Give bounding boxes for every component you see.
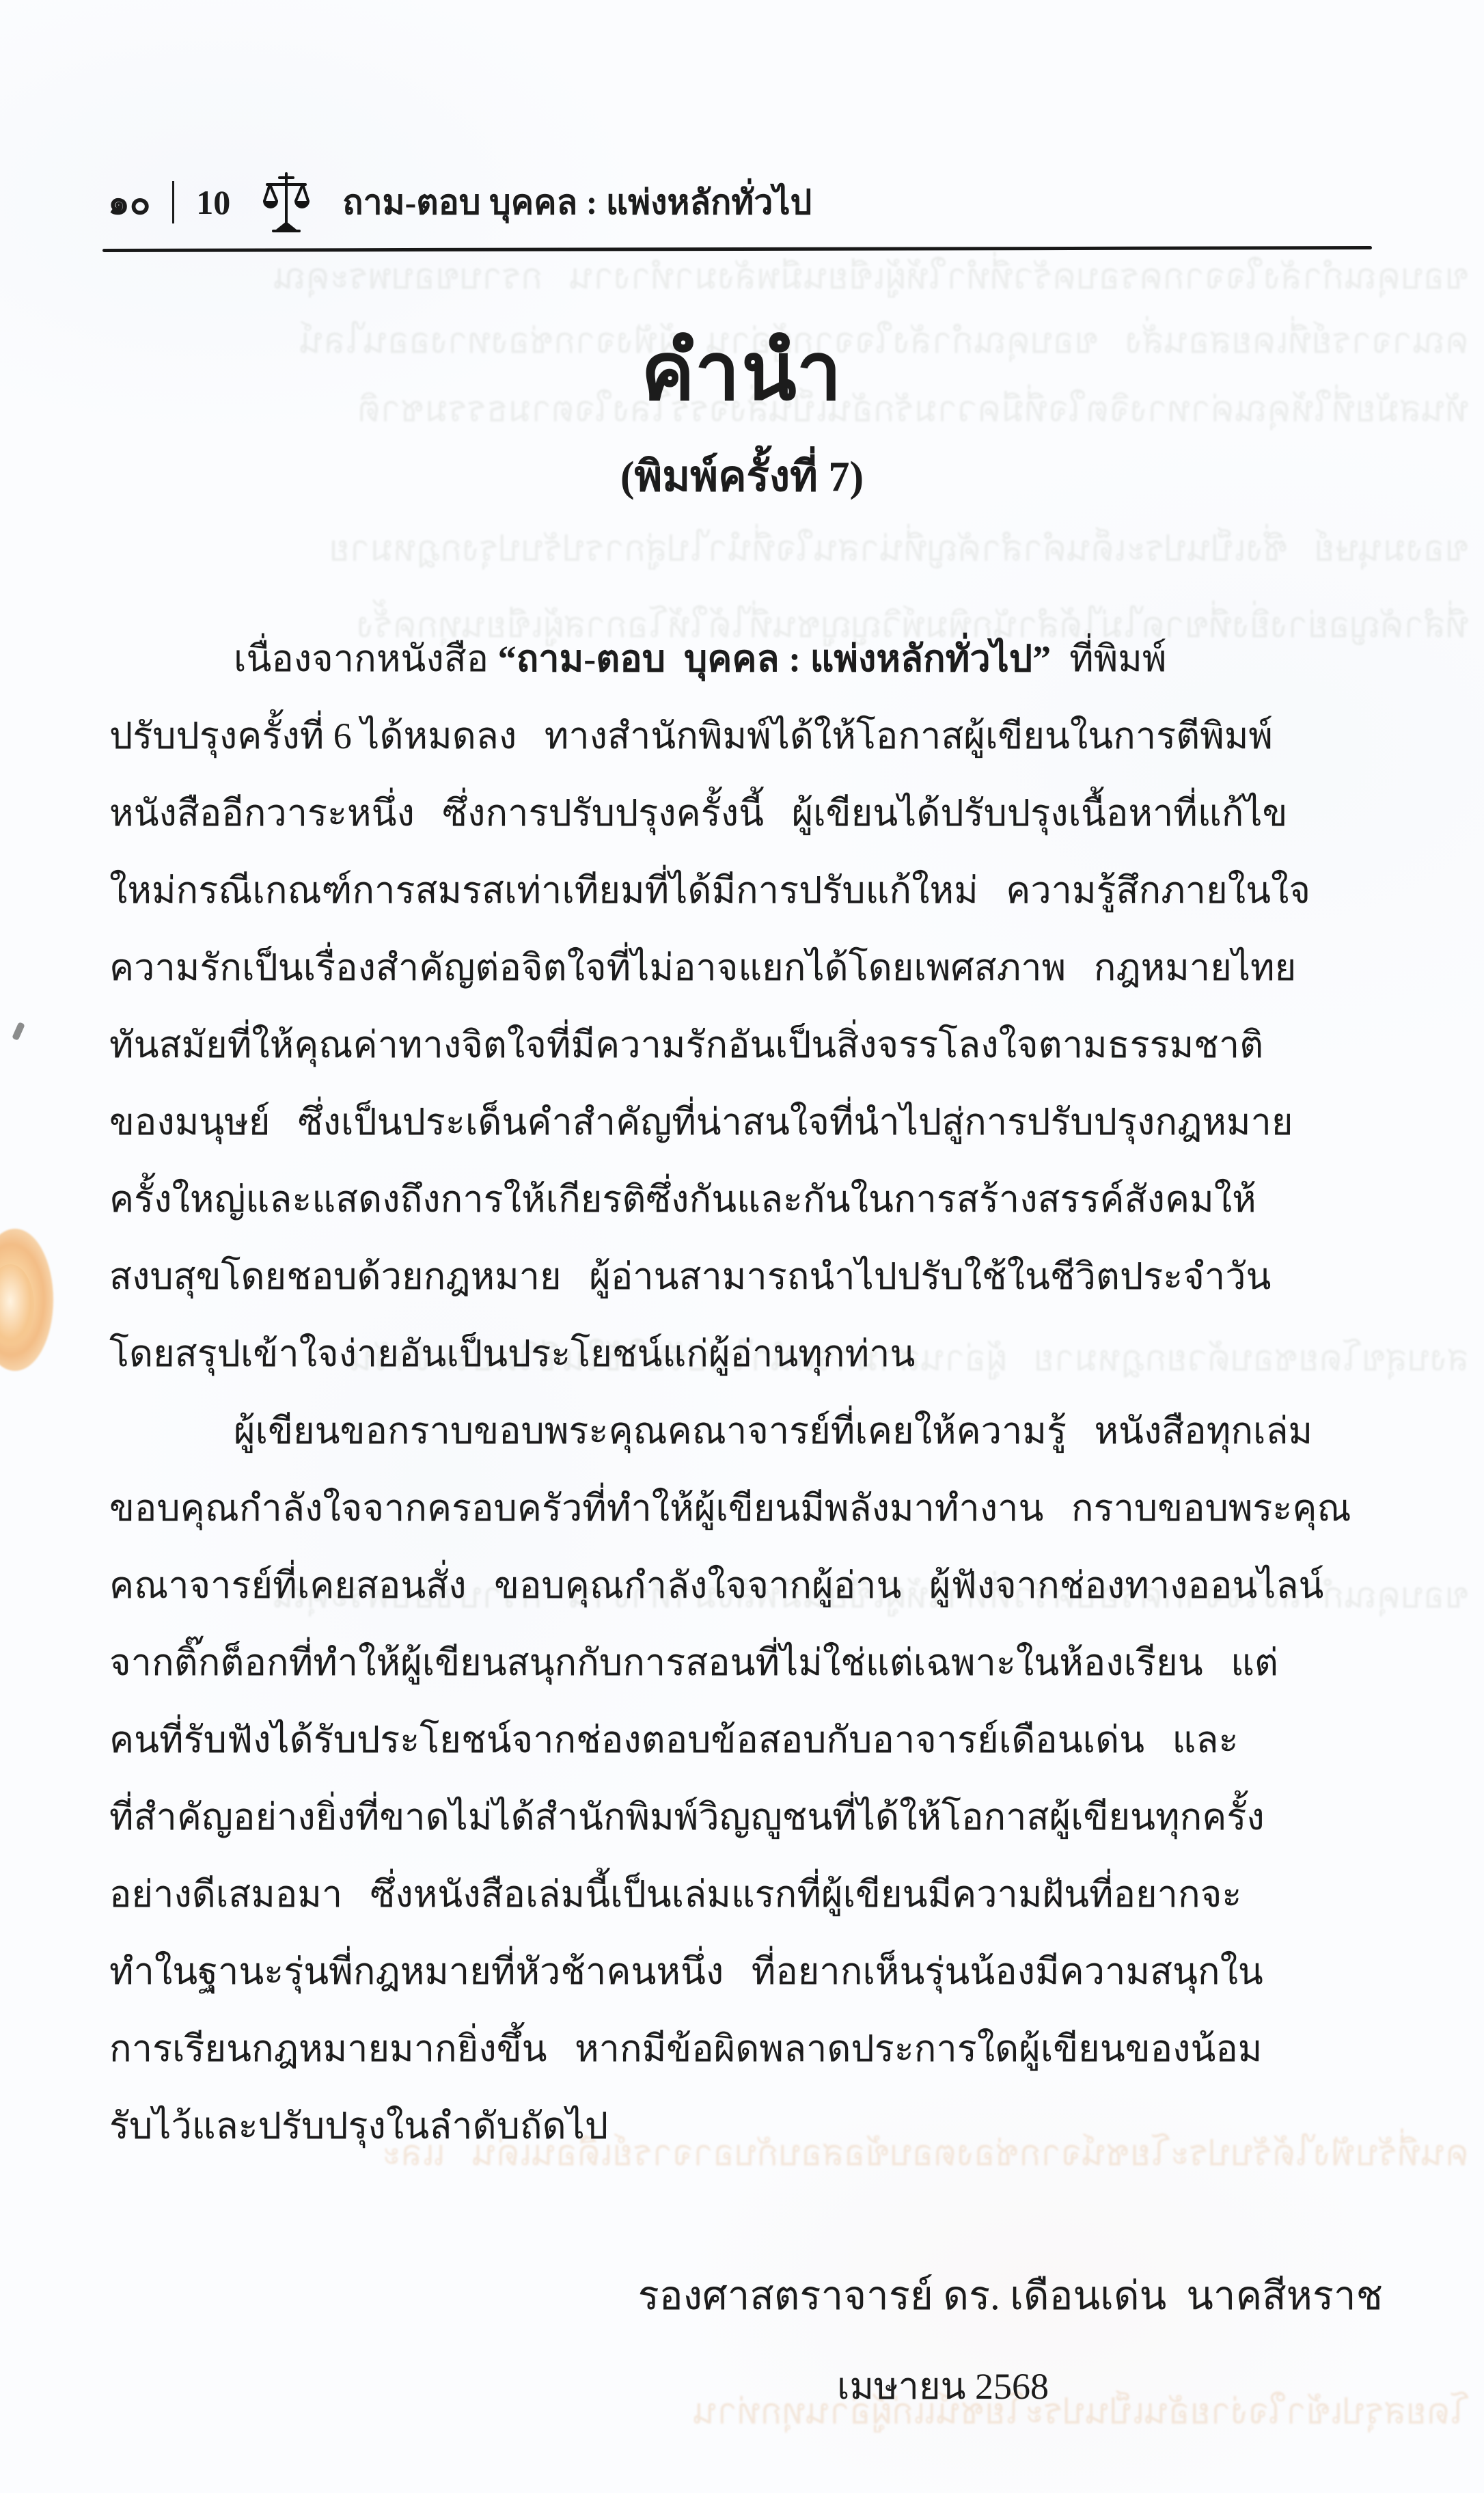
text-line-p1-5: ความรักเป็นเรื่องสำคัญต่อจิตใจที่ไม่อาจแ… (109, 929, 1379, 1007)
text-line-p1-3: หนังสืออีกวาระหนึ่ง ซึ่งการปรับปรุงครั้ง… (109, 775, 1379, 852)
bleed-through-text: ขอบคุณกำลังใจจากครอบครัวที่ทำให้ผู้เขียน… (27, 247, 1469, 304)
text-line-p1-10: โดยสรุปเข้าใจง่ายอันเป็นประโยชน์แก่ผู้อ่… (109, 1316, 1379, 1393)
text-line-p2-3: คณาจารย์ที่เคยสอนสั่ง ขอบคุณกำลังใจจากผู… (109, 1547, 1379, 1624)
scales-of-justice-icon (258, 169, 315, 235)
page-number-arabic: 10 (196, 182, 230, 222)
text-line-p2-7: อย่างดีเสมอมา ซึ่งหนังสือเล่มนี้เป็นเล่ม… (109, 1856, 1379, 1933)
text-line-p2-9: การเรียนกฎหมายมากยิ่งขึ้น หากมีข้อผิดพลา… (109, 2011, 1379, 2088)
running-head-title: ถาม-ตอบ บุคคล : แพ่งหลักทั่วไป (342, 176, 812, 230)
text-line-p1-6: ทันสมัยที่ให้คุณค่าทางจิตใจที่มีความรักอ… (109, 1007, 1379, 1084)
text-line-p1-7: ของมนุษย์ ซึ่งเป็นประเด็นคำสำคัญที่น่าสน… (109, 1084, 1379, 1161)
text-line-p2-4: จากติ๊กต็อกที่ทำให้ผู้เขียนสนุกกับการสอน… (109, 1624, 1379, 1702)
text-line-p2-1: ผู้เขียนขอกราบขอบพระคุณคณาจารย์ที่เคยให้… (109, 1393, 1379, 1470)
page-header: ๑๐ 10 ถาม-ตอบ บุคคล : แพ่งหลักทั่วไป (108, 168, 812, 236)
author-signature: รองศาสตราจารย์ ดร. เดือนเด่น นาคสีหราช (638, 2263, 1383, 2327)
page-number-divider (172, 181, 174, 223)
body-text: เนื่องจากหนังสือ “ถาม-ตอบ บุคคล : แพ่งหล… (109, 621, 1379, 2165)
text-line-p1-2: ปรับปรุงครั้งที่ 6 ได้หมดลง ทางสำนักพิมพ… (109, 698, 1379, 775)
text-line-p1-8: ครั้งใหญ่และแสดงถึงการให้เกียรติซึ่งกันแ… (109, 1161, 1379, 1238)
edition-note: (พิมพ์ครั้งที่ 7) (0, 443, 1484, 510)
header-rule (102, 246, 1372, 252)
text-line-p2-10: รับไว้และปรับปรุงในลำดับถัดไป (109, 2088, 1379, 2165)
publication-date: เมษายน 2568 (547, 2356, 1339, 2415)
text-line-p1-4: ใหม่กรณีเกณฑ์การสมรสเท่าเทียมที่ได้มีการ… (109, 852, 1379, 929)
text-line-p2-5: คนที่รับฟังได้รับประโยชน์จากช่องตอบข้อสอ… (109, 1702, 1379, 1779)
text-line-p1-1: เนื่องจากหนังสือ “ถาม-ตอบ บุคคล : แพ่งหล… (109, 621, 1379, 698)
chapter-title: คำนำ (0, 306, 1484, 435)
scanned-book-page: ขอบคุณกำลังใจจากครอบครัวที่ทำให้ผู้เขียน… (0, 0, 1484, 2493)
page-number-thai: ๑๐ (108, 176, 150, 230)
text-line-p2-8: ทำในฐานะรุ่นพี่กฎหมายที่หัวช้าคนหนึ่ง ที… (109, 1933, 1379, 2011)
text-line-p1-9: สงบสุขโดยชอบด้วยกฎหมาย ผู้อ่านสามารถนำไป… (109, 1238, 1379, 1316)
bleed-through-text: ของมนุษย์ ซึ่งเป็นประเด็นคำสำคัญที่น่าสน… (27, 519, 1469, 576)
text-line-p2-2: ขอบคุณกำลังใจจากครอบครัวที่ทำให้ผู้เขียน… (109, 1470, 1379, 1547)
margin-speck (12, 1022, 25, 1041)
text-line-p2-6: ที่สำคัญอย่างยิ่งที่ขาดไม่ได้สำนักพิมพ์ว… (109, 1779, 1379, 1856)
